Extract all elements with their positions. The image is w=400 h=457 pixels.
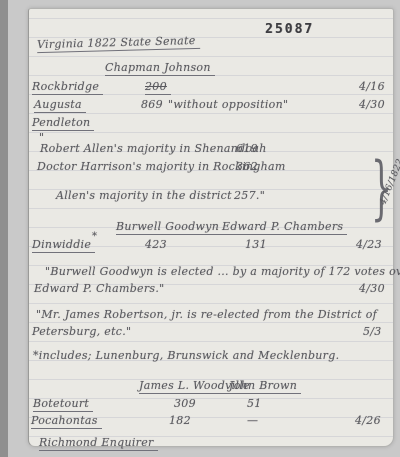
county-name: Botetourt — [33, 397, 93, 412]
robertson-date: 5/3 — [363, 325, 382, 338]
footnote-asterisk: * — [92, 231, 97, 242]
majority-value-3: 257." — [234, 189, 265, 202]
candidate-heading-goodwyn: Burwell Goodwyn — [116, 220, 223, 233]
stamp-number: 25087 — [265, 22, 314, 37]
candidate-heading-chambers: Edward P. Chambers — [222, 220, 347, 233]
vote-count: 423 — [145, 238, 167, 251]
county-name: Pendleton — [32, 116, 94, 131]
notecard-page: 25087 Virginia 1822 State Senate Chapman… — [28, 8, 394, 447]
majority-line-3: Allen's majority in the district — [56, 189, 232, 202]
source-citation: Richmond Enquirer — [39, 436, 158, 449]
vote-count-struck: 200 — [145, 80, 171, 95]
scan-edge-shadow — [0, 0, 8, 457]
vote-count: 182 — [169, 414, 191, 427]
vote-count: — — [247, 414, 258, 427]
majority-value-2: 362 — [236, 160, 258, 173]
robertson-line-2: Petersburg, etc." — [32, 325, 131, 338]
candidate-heading-brown: John Brown — [229, 379, 301, 392]
table-row: Pendleton — [32, 116, 94, 129]
row-date: 4/16 — [359, 80, 385, 93]
county-name: Augusta — [34, 98, 86, 113]
quote-line-2: Edward P. Chambers." — [34, 282, 165, 295]
page-title: Virginia 1822 State Senate — [37, 34, 200, 51]
county-name: Pocahontas — [31, 414, 102, 429]
quote-date: 4/30 — [359, 282, 385, 295]
table-row: Dinwiddie — [32, 238, 95, 251]
table-row: Augusta — [34, 98, 86, 111]
vote-count: 309 — [174, 397, 196, 410]
county-name: Dinwiddie — [32, 238, 95, 253]
table-row: Botetourt — [33, 397, 93, 410]
county-name: Rockbridge — [32, 80, 103, 95]
table-row: Pocahontas — [31, 414, 102, 427]
majority-line-1: Robert Allen's majority in Shenandoah — [40, 142, 267, 155]
candidate-heading-johnson: Chapman Johnson — [105, 61, 215, 74]
majority-value-1: 619 — [236, 142, 258, 155]
robertson-line-1: "Mr. James Robertson, jr. is re-elected … — [36, 308, 377, 321]
vote-count: 869 — [141, 98, 163, 111]
vote-count: 51 — [247, 397, 262, 410]
quote-line-1: "Burwell Goodwyn is elected ... by a maj… — [45, 265, 400, 278]
footnote: *includes; Lunenburg, Brunswick and Meck… — [33, 349, 339, 362]
row-date: 4/30 — [359, 98, 385, 111]
row-date: 4/26 — [355, 414, 381, 427]
row-date: 4/23 — [356, 238, 382, 251]
table-row: Rockbridge — [32, 80, 103, 93]
vote-count: 131 — [245, 238, 267, 251]
page-title-text: Virginia 1822 State Senate — [37, 34, 200, 53]
row-note: "without opposition" — [168, 98, 288, 111]
